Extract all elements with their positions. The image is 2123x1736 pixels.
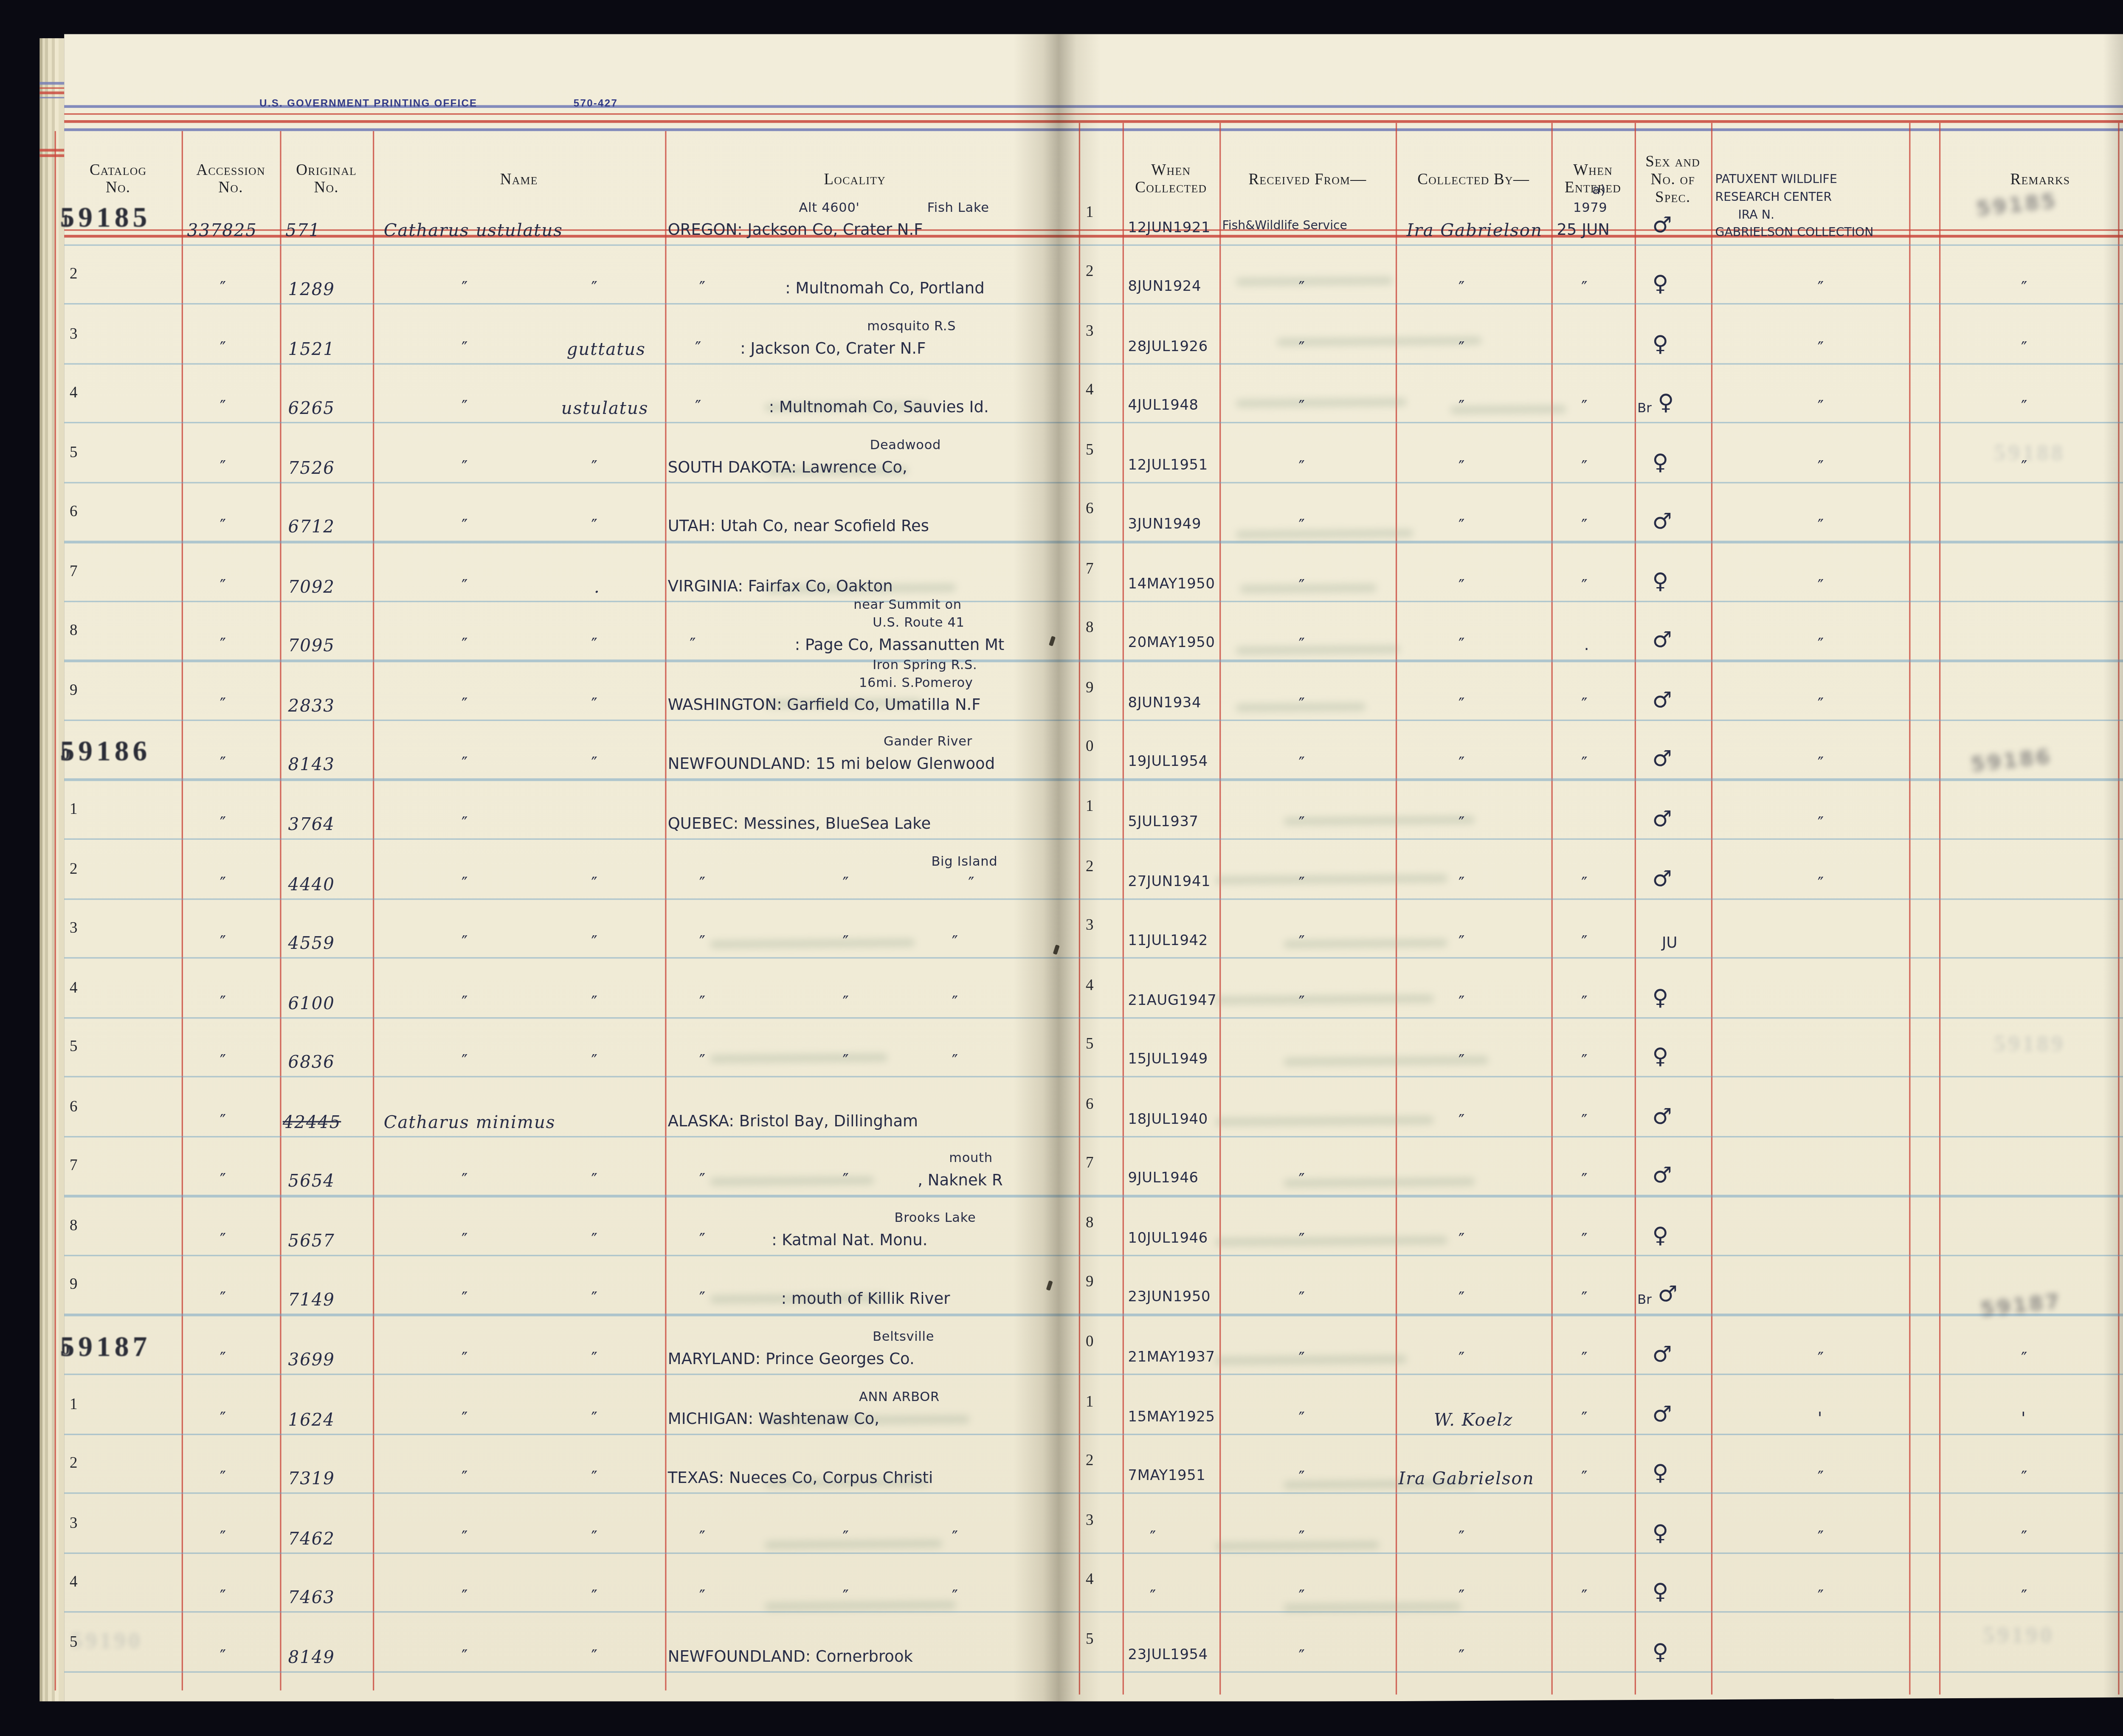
cell-loc: ″ bbox=[699, 1528, 705, 1547]
cell-loc: Iron Spring R.S. bbox=[873, 658, 977, 673]
cell-cb: ″ bbox=[1459, 1052, 1464, 1071]
row-digit: 5 bbox=[70, 1634, 77, 1651]
cell-acc: ″ bbox=[220, 695, 226, 714]
column-header-name: Name bbox=[373, 132, 665, 228]
catalog-subnumber: 0 bbox=[62, 1339, 73, 1360]
cell-cb: Ira Gabrielson bbox=[1407, 219, 1543, 239]
column-line-right-page bbox=[1123, 123, 1124, 1694]
row-digit: 2 bbox=[70, 1456, 77, 1472]
cell-orig: 5657 bbox=[288, 1230, 335, 1250]
catalog-number: 591870 bbox=[60, 1330, 151, 1364]
row-digit: 7 bbox=[70, 564, 77, 580]
cell-name: ″ bbox=[462, 517, 467, 536]
cell-wc: 15MAY1925 bbox=[1128, 1409, 1215, 1425]
cell-loc: : Multnomah Co, Sauvies Id. bbox=[769, 397, 989, 416]
cell-wc: 11JUL1942 bbox=[1128, 933, 1208, 949]
stack-rule-tick bbox=[39, 87, 64, 89]
row-digit: 1 bbox=[70, 1396, 77, 1413]
catalog-subnumber: 0 bbox=[62, 745, 73, 765]
cell-loc: Deadwood bbox=[870, 438, 941, 453]
cell-loc: ANN ARBOR bbox=[859, 1389, 940, 1404]
cell-name: ″ bbox=[462, 397, 467, 416]
bleedthrough-number: 59190 bbox=[1983, 1622, 2055, 1649]
cell-loc: ″ bbox=[699, 1230, 705, 1249]
cell-loc: ″ bbox=[842, 1052, 848, 1071]
cell-sex: ♀ bbox=[1658, 389, 1674, 415]
cell-col: ″ bbox=[1818, 397, 1824, 416]
cell-acc: ″ bbox=[220, 1349, 226, 1368]
row-digit: 4 bbox=[70, 1575, 77, 1591]
cell-cb: ″ bbox=[1459, 1230, 1464, 1249]
cell-name: ″ bbox=[591, 1468, 597, 1487]
cell-name: ″ bbox=[591, 1230, 597, 1249]
cell-col: ″ bbox=[1818, 1587, 1824, 1606]
column-line-right-page bbox=[1711, 123, 1713, 1694]
cell-we: ″ bbox=[1581, 1052, 1587, 1071]
cell-rf: ″ bbox=[1299, 1409, 1305, 1428]
cell-orig: 5654 bbox=[288, 1170, 335, 1191]
cell-sex: ♀ bbox=[1653, 449, 1669, 475]
cell-name: ″ bbox=[591, 279, 597, 298]
cell-rf: ″ bbox=[1299, 457, 1305, 476]
cell-orig: 1289 bbox=[288, 279, 335, 299]
cell-we: ″ bbox=[1581, 1230, 1587, 1249]
cell-cb: ″ bbox=[1459, 1528, 1464, 1547]
column-line-right-page bbox=[1396, 123, 1397, 1694]
cell-name: ″ bbox=[591, 1052, 597, 1071]
cell-loc: ″ bbox=[952, 992, 958, 1011]
cell-orig: 7319 bbox=[288, 1468, 335, 1488]
bleedthrough-mark bbox=[1240, 584, 1377, 593]
cell-cb: ″ bbox=[1459, 636, 1464, 655]
cell-we: ″ bbox=[1581, 992, 1587, 1011]
cell-name: ″ bbox=[462, 1468, 467, 1487]
bleedthrough-mark bbox=[1236, 529, 1413, 539]
row-digit: 9 bbox=[70, 683, 77, 699]
bleedthrough-mark bbox=[1215, 1355, 1406, 1365]
cell-acc: ″ bbox=[220, 1646, 226, 1666]
cell-cb: ″ bbox=[1459, 1111, 1464, 1130]
column-header-when-collected: When Collected bbox=[1123, 132, 1219, 228]
cell-loc: ALASKA: Bristol Bay, Dillingham bbox=[668, 1111, 918, 1130]
page-right-edge bbox=[2103, 34, 2123, 1701]
cell-name: ″ bbox=[591, 1646, 597, 1666]
cell-acc: ″ bbox=[220, 457, 226, 476]
cell-wc: 18JUL1940 bbox=[1128, 1111, 1208, 1128]
ledger-scan: 59188591895919059190 U.S. Government Pri… bbox=[0, 0, 2123, 1716]
cell-rf: ″ bbox=[1299, 992, 1305, 1011]
cell-we: ″ bbox=[1581, 1170, 1587, 1190]
cell-wc: 4JUL1948 bbox=[1128, 397, 1199, 414]
column-header-sex: Sex and No. of Spec. bbox=[1635, 132, 1711, 228]
cell-sex: ♂ bbox=[1653, 806, 1672, 832]
cell-col: ″ bbox=[1818, 695, 1824, 714]
bleedthrough-mark bbox=[1236, 645, 1400, 655]
cell-col: ″ bbox=[1818, 576, 1824, 595]
cell-loc: ″ bbox=[952, 933, 958, 952]
cell-rf: ″ bbox=[1299, 1230, 1305, 1249]
cell-loc: ″ bbox=[699, 1052, 705, 1071]
cell-name: ″ bbox=[462, 1587, 467, 1606]
cell-orig: 6712 bbox=[288, 517, 335, 537]
cell-loc: UTAH: Utah Co, near Scofield Res bbox=[668, 517, 929, 536]
cell-wc: 7MAY1951 bbox=[1128, 1468, 1206, 1485]
cell-orig: 3764 bbox=[288, 814, 335, 834]
cell-orig: 4559 bbox=[288, 933, 335, 953]
cell-acc: ″ bbox=[220, 576, 226, 595]
cell-acc: 337825 bbox=[187, 219, 257, 239]
cell-sex: ♂ bbox=[1653, 687, 1672, 712]
cell-wc: 5JUL1937 bbox=[1128, 814, 1199, 830]
row-digit: 9 bbox=[70, 1277, 77, 1294]
cell-cb: ″ bbox=[1459, 933, 1464, 952]
row-digit: 2 bbox=[70, 861, 77, 878]
cell-loc: NEWFOUNDLAND: 15 mi below Glenwood bbox=[668, 754, 995, 774]
cell-col: ″ bbox=[1818, 457, 1824, 476]
cell-loc: TEXAS: Nueces Co, Corpus Christi bbox=[668, 1468, 933, 1487]
cell-acc: ″ bbox=[220, 933, 226, 952]
cell-name: ″ bbox=[591, 1289, 597, 1308]
column-line-right-page bbox=[1219, 123, 1221, 1694]
cell-orig: 2833 bbox=[288, 695, 335, 715]
bleedthrough-mark bbox=[1236, 276, 1393, 286]
cell-we: ″ bbox=[1581, 397, 1587, 416]
cell-rf: ″ bbox=[1299, 1587, 1305, 1606]
row-digit: 3 bbox=[70, 920, 77, 937]
cell-loc: MICHIGAN: Washtenaw Co, bbox=[668, 1409, 879, 1428]
cell-cb: ″ bbox=[1459, 338, 1464, 357]
cell-loc: : Page Co, Massanutten Mt bbox=[795, 636, 1005, 655]
cell-sex: ♀ bbox=[1653, 1578, 1669, 1604]
cell-name: ″ bbox=[462, 338, 467, 357]
cell-loc: NEWFOUNDLAND: Cornerbrook bbox=[668, 1646, 913, 1666]
cell-wc: 20MAY1950 bbox=[1128, 636, 1215, 652]
row-digit: 4 bbox=[70, 385, 77, 402]
cell-rem: ″ bbox=[2021, 279, 2027, 298]
cell-loc: QUEBEC: Messines, BlueSea Lake bbox=[668, 814, 931, 833]
cell-col: ' bbox=[1818, 1409, 1822, 1428]
cell-rem: ″ bbox=[2021, 1528, 2027, 1547]
cell-name: ″ bbox=[591, 1587, 597, 1606]
cell-name: ″ bbox=[462, 636, 467, 655]
cell-col: ″ bbox=[1818, 814, 1824, 833]
cell-loc: ″ bbox=[699, 1170, 705, 1190]
cell-wc: 23JUN1950 bbox=[1128, 1289, 1211, 1306]
cell-loc: ″ bbox=[952, 1528, 958, 1547]
cell-loc: ″ bbox=[842, 873, 848, 892]
bleedthrough-mark bbox=[1450, 405, 1567, 414]
cell-sex: JU bbox=[1662, 934, 1677, 952]
cell-col: ″ bbox=[1818, 279, 1824, 298]
cell-col: ″ bbox=[1818, 338, 1824, 357]
cell-orig: 3699 bbox=[288, 1349, 335, 1369]
cell-name: ″ bbox=[462, 933, 467, 952]
cell-name: ″ bbox=[591, 754, 597, 774]
cell-sex: ♀ bbox=[1653, 1638, 1669, 1664]
cell-orig: 8149 bbox=[288, 1646, 335, 1667]
cell-cb: W. Koelz bbox=[1434, 1409, 1513, 1429]
cell-sex: ♂ bbox=[1658, 1281, 1677, 1307]
cell-rf: ″ bbox=[1299, 279, 1305, 298]
bleedthrough-mark bbox=[1284, 1602, 1461, 1612]
cell-orig: 571 bbox=[285, 219, 321, 239]
cell-acc: ″ bbox=[220, 1528, 226, 1547]
cell-cb: ″ bbox=[1459, 1646, 1464, 1666]
cell-loc: mosquito R.S bbox=[867, 319, 956, 334]
cell-name: Catharus minimus bbox=[384, 1111, 556, 1131]
row-digit: 8 bbox=[70, 1218, 77, 1234]
bleedthrough-mark bbox=[710, 1176, 874, 1186]
cell-cb: ″ bbox=[1459, 397, 1464, 416]
cell-sex: ♂ bbox=[1653, 211, 1672, 237]
cell-wc: 23JUL1954 bbox=[1128, 1646, 1208, 1663]
cell-loc: ″ bbox=[699, 1587, 705, 1606]
cell-orig: 7462 bbox=[288, 1528, 335, 1548]
cell-orig: 6836 bbox=[288, 1052, 335, 1072]
cell-loc: U.S. Route 41 bbox=[873, 616, 965, 631]
cell-acc: ″ bbox=[220, 992, 226, 1011]
cell-orig: 1521 bbox=[288, 338, 335, 358]
bleedthrough-mark bbox=[1236, 398, 1407, 408]
cell-loc: Alt 4600' bbox=[799, 200, 859, 215]
cell-wc: 12JUN1921 bbox=[1128, 219, 1211, 236]
collection-note-line: GABRIELSON COLLECTION bbox=[1715, 225, 1874, 243]
cell-loc: ″ bbox=[699, 933, 705, 952]
cell-we: . bbox=[1584, 636, 1589, 655]
cell-rem: ″ bbox=[2021, 1587, 2027, 1606]
cell-we: ″ bbox=[1581, 576, 1587, 595]
cell-we: ″ bbox=[1581, 754, 1587, 774]
cell-loc: ″ bbox=[952, 1587, 958, 1606]
cell-cb: ″ bbox=[1459, 1587, 1464, 1606]
cell-acc: ″ bbox=[220, 1170, 226, 1190]
cell-sex-prefix: Br bbox=[1637, 402, 1652, 416]
cell-sex: ♀ bbox=[1653, 1460, 1669, 1486]
column-header-collected-by: Collected By— bbox=[1396, 132, 1551, 228]
cell-name: guttatus bbox=[567, 338, 646, 358]
cell-name: ″ bbox=[591, 636, 597, 655]
row-digit: 3 bbox=[70, 1515, 77, 1532]
cell-rf: ″ bbox=[1299, 1289, 1305, 1308]
column-line-left-page bbox=[373, 131, 374, 1691]
cell-sex: ♂ bbox=[1653, 865, 1672, 891]
cell-sex: ♀ bbox=[1653, 1222, 1669, 1248]
cell-cb: ″ bbox=[1459, 457, 1464, 476]
printer-imprint-number: 570-427 bbox=[574, 97, 618, 109]
cell-name: ″ bbox=[591, 1409, 597, 1428]
cell-rf: ″ bbox=[1299, 338, 1305, 357]
cell-acc: ″ bbox=[220, 1052, 226, 1071]
cell-name: ″ bbox=[591, 1170, 597, 1190]
cell-orig: 6265 bbox=[288, 397, 335, 418]
column-line-left-page bbox=[182, 131, 183, 1691]
cell-loc: : Jackson Co, Crater N.F bbox=[740, 338, 926, 357]
cell-acc: ″ bbox=[220, 1289, 226, 1308]
cell-name: ″ bbox=[591, 1528, 597, 1547]
cell-loc: ″ bbox=[842, 933, 848, 952]
cell-loc: near Summit on bbox=[853, 599, 962, 613]
cell-rf: ″ bbox=[1299, 754, 1305, 774]
cell-loc: OREGON: Jackson Co, Crater N.F bbox=[668, 219, 923, 238]
cell-rf: ″ bbox=[1299, 1646, 1305, 1666]
cell-acc: ″ bbox=[220, 636, 226, 655]
cell-rf: Fish&Wildlife Service bbox=[1222, 219, 1347, 233]
cell-wc: 10JUL1946 bbox=[1128, 1230, 1208, 1246]
cell-sex: ♀ bbox=[1653, 330, 1669, 356]
cell-name: ″ bbox=[462, 457, 467, 476]
cell-orig: 7095 bbox=[288, 636, 335, 656]
cell-acc: ″ bbox=[220, 397, 226, 416]
column-line-right-page bbox=[1551, 123, 1553, 1694]
bleedthrough-mark bbox=[765, 1539, 942, 1549]
catalog-number: 591860 bbox=[60, 735, 151, 769]
row-digit: 5 bbox=[70, 1039, 77, 1056]
cell-loc: ″ bbox=[842, 1170, 848, 1190]
cell-sex: ♂ bbox=[1653, 746, 1672, 772]
cell-rf: ″ bbox=[1299, 1468, 1305, 1487]
cell-loc: : Multnomah Co, Portland bbox=[785, 279, 984, 298]
stack-rule-tick bbox=[39, 96, 64, 98]
cell-wc: 21AUG1947 bbox=[1128, 992, 1217, 1009]
cell-rf: ″ bbox=[1299, 695, 1305, 714]
row-digit: 6 bbox=[70, 504, 77, 521]
cell-we: 25 JUN bbox=[1557, 219, 1609, 238]
cell-we: ″ bbox=[1581, 1111, 1587, 1130]
cell-rem: ″ bbox=[2021, 1349, 2027, 1368]
cell-loc: WASHINGTON: Garfield Co, Umatilla N.F bbox=[668, 695, 981, 714]
cell-loc: Big Island bbox=[931, 854, 997, 869]
cell-rf: ″ bbox=[1299, 576, 1305, 595]
cell-we: ″ bbox=[1581, 279, 1587, 298]
cell-we: a) bbox=[1592, 182, 1606, 197]
cell-loc: ″ bbox=[968, 873, 974, 892]
cell-orig: 4440 bbox=[288, 873, 335, 894]
cell-loc: Brooks Lake bbox=[895, 1211, 976, 1226]
cell-sex: ♀ bbox=[1653, 568, 1669, 594]
cell-loc: ″ bbox=[842, 1528, 848, 1547]
cell-we: ″ bbox=[1581, 1289, 1587, 1308]
column-header-original: Original No. bbox=[280, 132, 373, 228]
cell-loc: Gander River bbox=[884, 735, 972, 750]
cell-loc: ″ bbox=[699, 992, 705, 1011]
cell-rf: ″ bbox=[1299, 1170, 1305, 1190]
cell-name: ″ bbox=[462, 279, 467, 298]
cell-we: ″ bbox=[1581, 1468, 1587, 1487]
cell-loc: VIRGINIA: Fairfax Co, Oakton bbox=[668, 576, 893, 595]
cell-acc: ″ bbox=[220, 279, 226, 298]
bleedthrough-mark bbox=[1284, 939, 1447, 948]
cell-col: ″ bbox=[1818, 754, 1824, 774]
cell-name: ″ bbox=[462, 873, 467, 892]
cell-name: ″ bbox=[462, 576, 467, 595]
cell-we: ″ bbox=[1581, 1587, 1587, 1606]
cell-orig: 42445 bbox=[283, 1111, 341, 1131]
cell-loc: ″ bbox=[690, 636, 695, 655]
cell-wc: 15JUL1949 bbox=[1128, 1052, 1208, 1068]
cell-name: ″ bbox=[591, 992, 597, 1011]
cell-wc: 8JUN1924 bbox=[1128, 279, 1202, 295]
cell-name: ″ bbox=[591, 457, 597, 476]
cell-wc: 27JUN1941 bbox=[1128, 873, 1211, 890]
cell-sex: ♂ bbox=[1653, 508, 1672, 534]
row-digit: 1 bbox=[70, 802, 77, 818]
collection-note-line: PATUXENT WILDLIFE bbox=[1715, 172, 1837, 189]
cell-wc: 21MAY1937 bbox=[1128, 1349, 1215, 1365]
cell-name: ″ bbox=[591, 695, 597, 714]
catalog-subnumber: 1 bbox=[62, 210, 73, 230]
cell-col: ″ bbox=[1818, 1468, 1824, 1487]
cell-name: ″ bbox=[462, 1409, 467, 1428]
cell-name: ″ bbox=[462, 1170, 467, 1190]
cell-sex: ♂ bbox=[1653, 1400, 1672, 1426]
cell-sex-prefix: Br bbox=[1637, 1294, 1652, 1308]
cell-name: ″ bbox=[462, 754, 467, 774]
cell-cb: Ira Gabrielson bbox=[1398, 1468, 1534, 1488]
cell-loc: ″ bbox=[699, 1289, 705, 1308]
cell-name: ″ bbox=[462, 1230, 467, 1249]
cell-wc: 14MAY1950 bbox=[1128, 576, 1215, 593]
cell-wc: 9JUL1946 bbox=[1128, 1170, 1199, 1187]
cell-sex: ♂ bbox=[1653, 1103, 1672, 1129]
cell-name: ustulatus bbox=[561, 397, 648, 418]
cell-col: ″ bbox=[1818, 517, 1824, 536]
cell-we: ″ bbox=[1581, 1349, 1587, 1368]
bleedthrough-mark bbox=[1284, 1178, 1475, 1187]
cell-col: ″ bbox=[1818, 873, 1824, 892]
cell-name: ″ bbox=[591, 933, 597, 952]
cell-rem: ″ bbox=[2021, 397, 2027, 416]
column-line-right-page bbox=[1635, 123, 1636, 1694]
cell-loc: , Naknek R bbox=[918, 1170, 1002, 1190]
cell-sex: ♀ bbox=[1653, 1519, 1669, 1545]
column-header-accession: Accession No. bbox=[182, 132, 280, 228]
cell-rf: ″ bbox=[1299, 933, 1305, 952]
cell-we: ″ bbox=[1581, 873, 1587, 892]
cell-rf: ″ bbox=[1299, 814, 1305, 833]
row-digit: 4 bbox=[70, 980, 77, 996]
cell-loc: : mouth of Killik River bbox=[781, 1289, 950, 1308]
cell-col: ″ bbox=[1818, 1349, 1824, 1368]
cell-acc: ″ bbox=[220, 1587, 226, 1606]
cell-we: ″ bbox=[1581, 933, 1587, 952]
cell-name: . bbox=[594, 576, 600, 596]
cell-sex: ♂ bbox=[1653, 627, 1672, 653]
cell-wc: 3JUN1949 bbox=[1128, 517, 1202, 533]
row-digit: 2 bbox=[70, 266, 77, 283]
cell-wc: ″ bbox=[1150, 1587, 1156, 1606]
printer-imprint: U.S. Government Printing Office bbox=[259, 97, 477, 109]
cell-loc: ″ bbox=[695, 338, 701, 357]
cell-cb: ″ bbox=[1459, 754, 1464, 774]
cell-loc: Fish Lake bbox=[927, 200, 989, 215]
collection-note-line: RESEARCH CENTER bbox=[1715, 189, 1832, 207]
cell-loc: ″ bbox=[699, 279, 705, 298]
cell-loc: : Katmal Nat. Monu. bbox=[771, 1230, 927, 1249]
bleedthrough-mark bbox=[1215, 1541, 1379, 1550]
cell-acc: ″ bbox=[220, 1409, 226, 1428]
cell-orig: 7149 bbox=[288, 1289, 335, 1310]
cell-we: ″ bbox=[1581, 517, 1587, 536]
cell-wc: 12JUL1951 bbox=[1128, 457, 1208, 473]
cell-sex: ♀ bbox=[1653, 1044, 1669, 1069]
cell-loc: ″ bbox=[695, 397, 701, 416]
cell-rem: ″ bbox=[2021, 338, 2027, 357]
stack-rule-tick bbox=[39, 91, 64, 93]
cell-name: ″ bbox=[462, 695, 467, 714]
cell-rem: ″ bbox=[2021, 457, 2027, 476]
page-stack-edge bbox=[39, 38, 64, 1701]
bleedthrough-number: 59188 bbox=[1994, 440, 2066, 467]
